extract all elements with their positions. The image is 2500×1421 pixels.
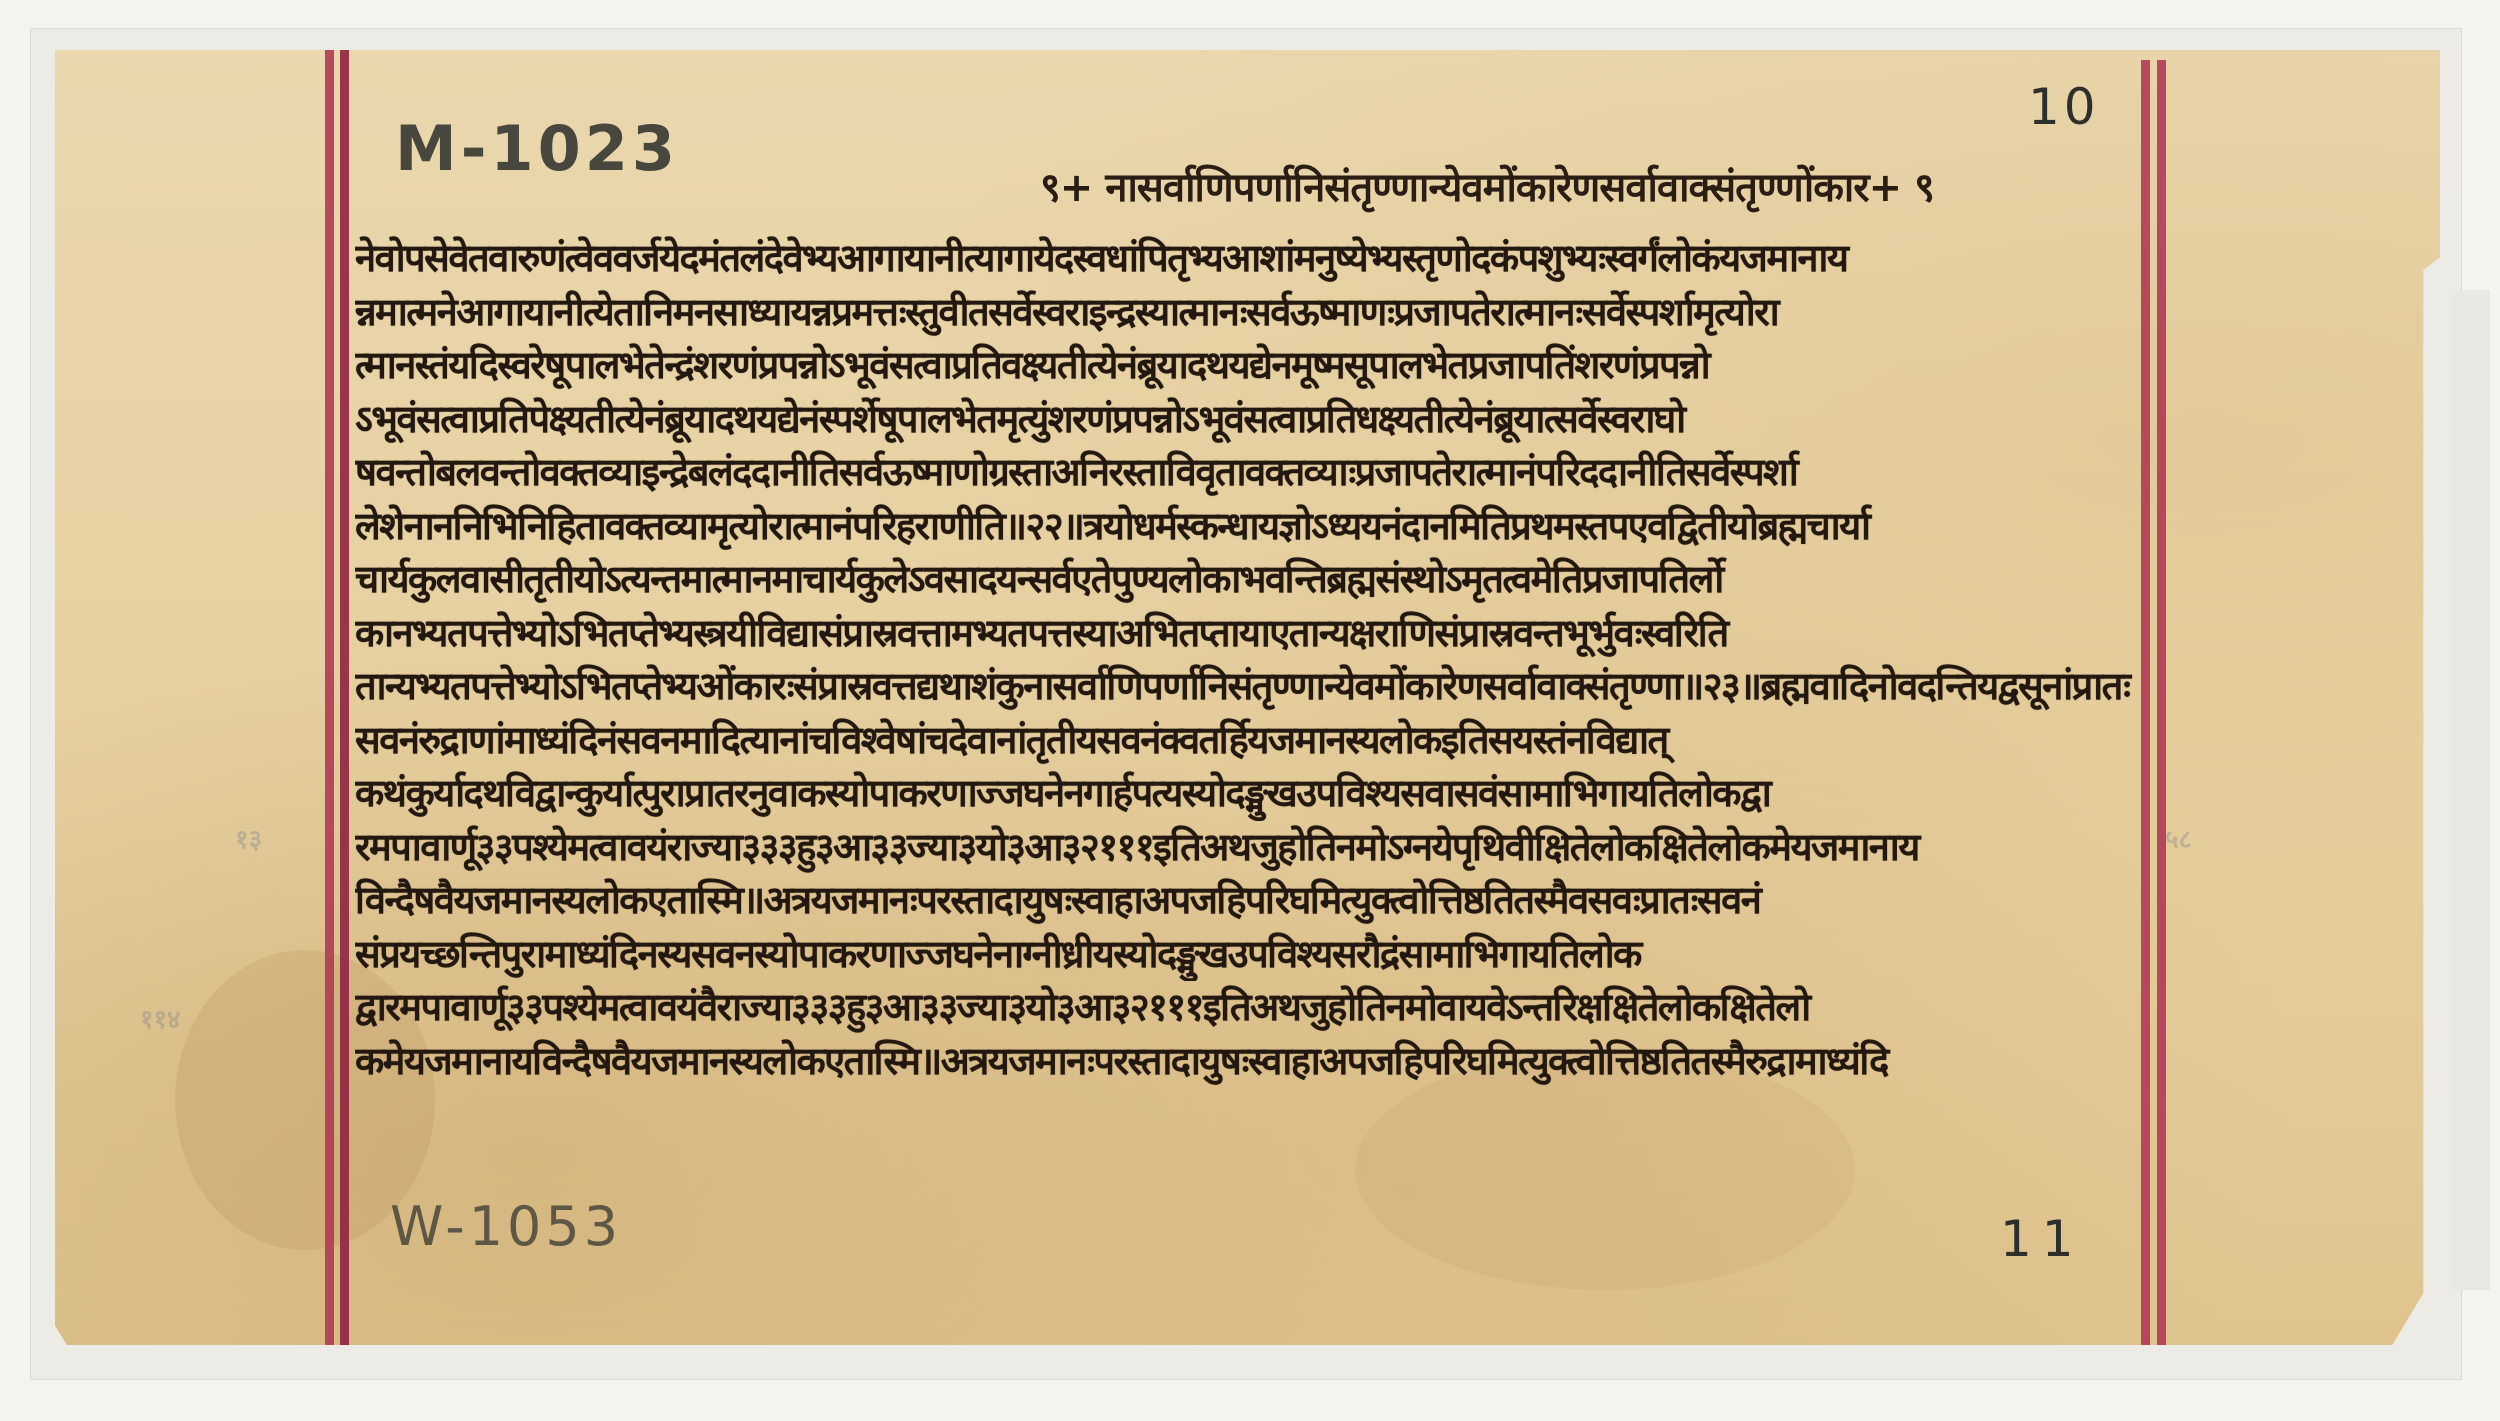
manuscript-header-line: ९+ नासर्वाणिपर्णानिसंतृण्णान्येवमोंकारेण… bbox=[1040, 158, 2100, 218]
text-line-1: नेवोपसेवेतवारुणंत्वेववर्जयेदमंतलंदेवेभ्य… bbox=[355, 232, 2145, 286]
text-line-12: रमपावार्णू३३पश्येमत्वावयंराज्या३३३हु३आ३३… bbox=[355, 821, 2145, 875]
text-line-15: द्वारमपावार्णू३३पश्येमत्वावयंवैराज्या३३३… bbox=[355, 981, 2145, 1035]
text-line-10: सवनंरुद्राणांमाध्यंदिनंसवनमादित्यानांचवि… bbox=[355, 714, 2145, 768]
folio-number: 10 bbox=[2028, 78, 2100, 136]
mount-edge-strip bbox=[2450, 290, 2490, 1290]
text-line-2: न्नमात्मनेआगायानीत्येतानिमनसाध्यायन्नप्र… bbox=[355, 286, 2145, 340]
left-margin-rule-outer bbox=[325, 50, 334, 1345]
bleed-through-mark: ११४ bbox=[140, 1000, 181, 1036]
accession-number-bottom: W-1053 bbox=[390, 1195, 622, 1258]
manuscript-text-body: नेवोपसेवेतवारुणंत्वेववर्जयेदमंतलंदेवेभ्य… bbox=[355, 232, 2145, 1088]
text-line-3: त्मानस्तंयदिस्वरेषूपालभेतेन्द्रंशरणंप्रप… bbox=[355, 339, 2145, 393]
right-margin-rule-inner bbox=[2157, 60, 2166, 1345]
bleed-through-mark: १३ bbox=[235, 820, 262, 856]
text-line-14: संप्रयच्छन्तिपुरामाध्यंदिनस्यसवनस्योपाकर… bbox=[355, 928, 2145, 982]
text-line-11: कथंकुर्यादथविद्वान्कुर्यात्पुराप्रातरनुव… bbox=[355, 767, 2145, 821]
text-line-4: ऽभूवंसत्वाप्रतिपेक्ष्यतीत्येनंब्रूयादथयद… bbox=[355, 393, 2145, 447]
bleed-through-mark: ५८ bbox=[2165, 820, 2192, 856]
text-line-7: चार्यकुलवासीतृतीयोऽत्यन्तमात्मानमाचार्यक… bbox=[355, 553, 2145, 607]
accession-number-top: M-1023 bbox=[395, 112, 679, 185]
left-margin-rule-inner bbox=[340, 50, 349, 1345]
text-line-13: विन्दैषवैयजमानस्यलोकएतास्मि॥अत्रयजमानःपर… bbox=[355, 874, 2145, 928]
text-line-9: तान्यभ्यतपत्तेभ्योऽभितप्तेभ्यओंकारःसंप्र… bbox=[355, 660, 2145, 714]
text-line-6: लेशेनाननिभिनिहितावक्तव्यामृत्योरात्मानंप… bbox=[355, 500, 2145, 554]
text-line-8: कानभ्यतपत्तेभ्योऽभितप्तेभ्यस्त्रयीविद्या… bbox=[355, 607, 2145, 661]
text-line-16: कमेयजमानायविन्दैषवैयजमानस्यलोकएतास्मि॥अत… bbox=[355, 1035, 2145, 1089]
bottom-margin-mark: 11 bbox=[2000, 1210, 2084, 1268]
text-line-5: षवन्तोबलवन्तोवक्तव्याइन्द्रेबलंददानीतिसर… bbox=[355, 446, 2145, 500]
